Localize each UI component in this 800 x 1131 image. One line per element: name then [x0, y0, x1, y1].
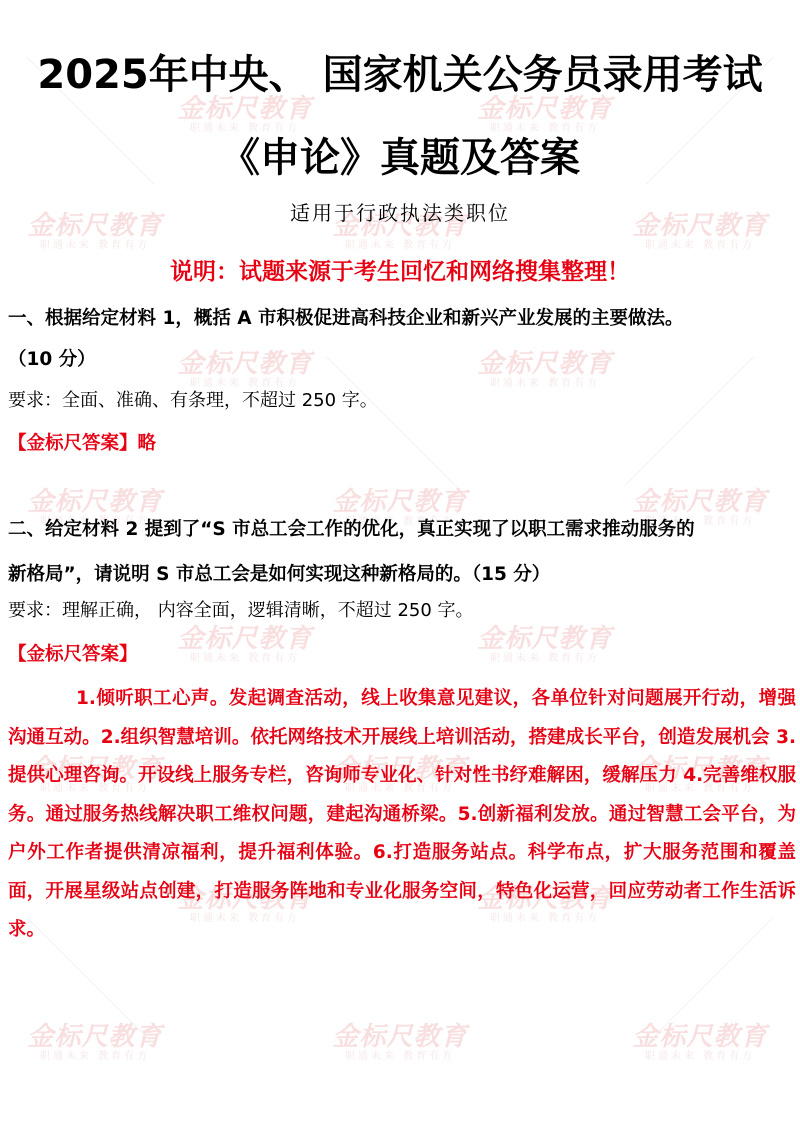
page-title: 2025年中央、 国家机关公务员录用考试: [0, 50, 800, 100]
page-title-line2: 《申论》真题及答案: [0, 133, 800, 183]
question-2-prompt: 二、给定材料 2 提到了“S 市总工会工作的优化，真正实现了以职工需求推动服务的: [8, 511, 798, 549]
question-2-answer-body: 1.倾听职工心声。发起调查活动，线上收集意见建议，各单位针对问题展开行动，增强沟…: [8, 680, 796, 950]
question-2-answer-label: 【金标尺答案】: [8, 640, 138, 670]
question-2-prompt-cont: 新格局”，请说明 S 市总工会是如何实现这种新格局的。（15 分）: [8, 556, 798, 594]
watermark: 金标尺教育职通未来 教育有方: [170, 95, 320, 135]
page-subtitle: 适用于行政执法类职位: [0, 198, 800, 228]
question-1-prompt: 一、根据给定材料 1，概括 A 市积极促进高科技企业和新兴产业发展的主要做法。: [8, 300, 798, 338]
question-1-answer-label: 【金标尺答案】略: [8, 429, 156, 459]
question-1-points: （10 分）: [8, 341, 798, 379]
source-notice: 说明：试题来源于考生回忆和网络搜集整理！: [0, 255, 800, 289]
watermark: 金标尺教育职通未来 教育有方: [20, 1023, 170, 1063]
question-1-requirement: 要求：全面、准确、有条理，不超过 250 字。: [8, 386, 378, 416]
watermark: 金标尺教育职通未来 教育有方: [325, 1023, 475, 1063]
watermark: 金标尺教育职通未来 教育有方: [470, 95, 620, 135]
watermark: 金标尺教育职通未来 教育有方: [625, 1023, 775, 1063]
watermark: 金标尺教育职通未来 教育有方: [170, 625, 320, 665]
watermark: 金标尺教育职通未来 教育有方: [470, 625, 620, 665]
question-2-requirement: 要求：理解正确， 内容全面，逻辑清晰，不超过 250 字。: [8, 596, 474, 626]
